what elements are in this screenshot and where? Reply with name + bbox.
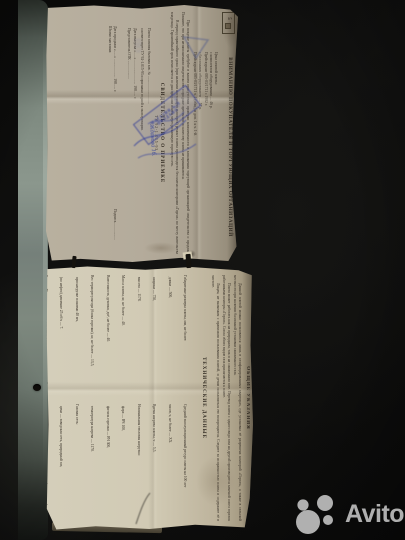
document-content-bottom: ОБЩИЕ УКАЗАНИЯ Данной плитой можно польз…	[46, 266, 253, 530]
listing-photo: 5 ВНИМАНИЮ ПОКУПАТЕЛЯ И ТОРГУЮЩИХ ОРГАНИ…	[0, 0, 405, 540]
fill-line: Представитель ОТК ....................	[126, 28, 131, 238]
spec-line: часов, ч, не более — XX.	[167, 404, 172, 521]
spec-line: Газовая сеть:	[74, 404, 79, 521]
price-tag-value: 5	[226, 17, 231, 20]
spec-line: температура нагрева — 1170.	[90, 404, 95, 521]
sale-footer-row: Дата продажи «......» ..................…	[108, 12, 117, 254]
faint-stamp-mark: ПО	[132, 38, 143, 53]
spec-line: Масса плиты, кг, не более — 40.	[121, 275, 126, 392]
warranty-paragraphs: При покупке плиты требуйте в вашем прису…	[169, 12, 189, 254]
spec-line: (по нефти) давление 25 об/ч — 7.	[59, 275, 64, 392]
spec-line: высота — 1178.	[136, 275, 141, 392]
general-paragraph: Данной плитой можно пользоваться лишь в …	[233, 275, 242, 521]
avito-brand-text: Avito	[345, 502, 404, 527]
attention-heading: ВНИМАНИЮ ПОКУПАТЕЛЯ И ТОРГУЮЩИХ ОРГАНИЗА…	[227, 40, 233, 254]
warranty-paragraph: При покупке плиты требуйте в вашем прису…	[181, 12, 190, 254]
spec-line: фара — ВЧ 100,	[121, 404, 126, 521]
price-line: Прейскурант 085-03/1711 ч. 1 (общ.) и до…	[193, 52, 198, 212]
general-paragraph: Плита может работать как на природном, т…	[222, 275, 231, 521]
signature-label: Подпись ..................	[108, 209, 117, 240]
price-line: с комплектом оборудования — 46 р.	[208, 52, 213, 212]
document-page-bottom: ОБЩИЕ УКАЗАНИЯ Данной плитой можно польз…	[46, 266, 253, 530]
spec-line: Вес терморегулятора (блока горелки), кг,…	[90, 275, 95, 392]
tech-heading: ТЕХНИЧЕСКИЕ ДАННЫЕ	[201, 275, 206, 521]
sale-footer-left: Дата продажи «......» ..................…	[108, 26, 117, 92]
spec-line: Средний эксплуатационный ресурс плиты на…	[183, 404, 188, 521]
spec-line: Номинальная тепловая нагрузка:	[136, 404, 141, 521]
tech-specs-right: Средний эксплуатационный ресурс плиты на…	[46, 404, 197, 521]
avito-logo-icon	[295, 493, 340, 535]
document-page-top: 5 ВНИМАНИЮ ПОКУПАТЕЛЯ И ТОРГУЮЩИХ ОРГАНИ…	[46, 4, 238, 262]
spec-line: цена — заводская сеть, природный газ,	[59, 404, 64, 521]
price-tag-box: 5	[222, 12, 235, 34]
spec-line: фитиль горелки — ВЧ 300,	[105, 404, 110, 521]
price-list: Цена газовой плиты: с комплектом оборудо…	[193, 52, 218, 212]
spec-line: Вместимость духовки, дм³, не более — 40.	[105, 275, 110, 392]
price-line: Прейскурант 085-03/1711 с 1982 г.	[203, 52, 208, 212]
general-paragraphs: Данной плитой можно пользоваться лишь в …	[211, 275, 242, 521]
warranty-paragraph: В период гарантийного срока (при наличии…	[169, 12, 178, 254]
avito-watermark: Avito	[295, 493, 404, 535]
spec-line: ширина — 750,	[152, 275, 157, 392]
sale-date-line: Дата продажи «......» ..................…	[112, 26, 117, 92]
top-header-row: 5 ВНИМАНИЮ ПОКУПАТЕЛЯ И ТОРГУЮЩИХ ОРГАНИ…	[222, 12, 235, 254]
tech-specs-left: Габаритные размеры плиты, мм, не более: …	[46, 275, 197, 392]
general-paragraph: Лицам, не знакомым с правилами пользован…	[211, 275, 220, 521]
staple	[71, 256, 76, 268]
general-heading: ОБЩИЕ УКАЗАНИЯ	[245, 275, 250, 521]
price-line: с баллонным оборудованием — 57 р.	[198, 52, 203, 212]
spec-line: при нагрузке пламени 40 мч,	[74, 275, 79, 392]
spec-line: Габаритные размеры плиты, мм, не более:	[183, 275, 188, 392]
staple	[186, 254, 192, 268]
appliance-edge	[18, 0, 48, 540]
price-line: Цена газовой плиты:	[213, 52, 218, 212]
spec-line: Время нагрева плиты, ч — 5,5.	[152, 404, 157, 521]
fill-line: Дата выпуска «......» ..................…	[133, 28, 138, 238]
tech-specs: Габаритные размеры плиты, мм, не более: …	[46, 275, 197, 521]
price-tag-square	[226, 23, 232, 29]
appliance-hole	[33, 384, 41, 391]
spec-line: длина — 500,	[167, 275, 172, 392]
